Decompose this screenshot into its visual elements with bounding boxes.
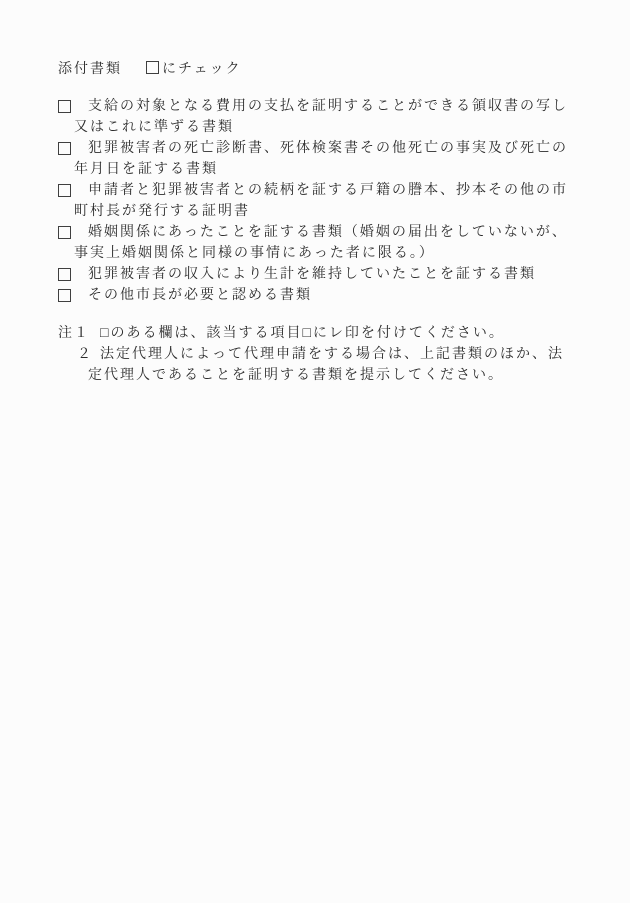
note-2-continuation: 定代理人であることを証明する書類を提示してください。 [88, 365, 580, 386]
attachment-item-marital-relation: 婚姻関係にあったことを証する書類（婚姻の届出をしていないが、 事実上婚姻関係と同… [58, 222, 580, 264]
checkbox-icon [146, 61, 159, 74]
note-2: ２法定代理人によって代理申請をする場合は、上記書類のほか、法 [58, 344, 580, 365]
note-text: □のある欄は、該当する項目□にレ印を付けてください。 [100, 326, 505, 341]
item-text-line: 婚姻関係にあったことを証する書類（婚姻の届出をしていないが、 [88, 222, 580, 243]
attachment-item-receipt: 支給の対象となる費用の支払を証明することができる領収書の写し 又はこれに準ずる書… [58, 96, 580, 138]
section-title: 添付書類 [58, 62, 122, 77]
item-checkbox[interactable] [58, 268, 71, 281]
item-checkbox[interactable] [58, 142, 71, 155]
item-text-line: 事実上婚姻関係と同様の事情にあった者に限る。） [74, 243, 580, 264]
document-content: 添付書類にチェック 支給の対象となる費用の支払を証明することができる領収書の写し… [0, 0, 630, 386]
note-marker: 注１ [58, 323, 100, 344]
note-marker: ２ [58, 344, 100, 365]
item-text-line: 犯罪被害者の収入により生計を維持していたことを証する書類 [88, 264, 580, 285]
item-checkbox[interactable] [58, 226, 71, 239]
item-checkbox[interactable] [58, 184, 71, 197]
item-checkbox[interactable] [58, 100, 71, 113]
item-text-line: 町村長が発行する証明書 [74, 201, 580, 222]
item-text-line: 支給の対象となる費用の支払を証明することができる領収書の写し [88, 96, 580, 117]
note-1: 注１□のある欄は、該当する項目□にレ印を付けてください。 [58, 323, 580, 344]
attachment-item-family-register: 申請者と犯罪被害者との続柄を証する戸籍の謄本、抄本その他の市 町村長が発行する証… [58, 180, 580, 222]
notes-section: 注１□のある欄は、該当する項目□にレ印を付けてください。 ２法定代理人によって代… [58, 323, 580, 386]
item-text-line: 犯罪被害者の死亡診断書、死体検案書その他死亡の事実及び死亡の [88, 138, 580, 159]
document-page: 添付書類にチェック 支給の対象となる費用の支払を証明することができる領収書の写し… [0, 0, 630, 903]
item-text-line: その他市長が必要と認める書類 [88, 285, 580, 306]
item-text-line: 申請者と犯罪被害者との続柄を証する戸籍の謄本、抄本その他の市 [88, 180, 580, 201]
attachment-item-other: その他市長が必要と認める書類 [58, 285, 580, 306]
note-text: 法定代理人によって代理申請をする場合は、上記書類のほか、法 [100, 347, 564, 362]
attachment-item-livelihood: 犯罪被害者の収入により生計を維持していたことを証する書類 [58, 264, 580, 285]
attachment-documents-header: 添付書類にチェック [58, 59, 580, 80]
attachment-items-list: 支給の対象となる費用の支払を証明することができる領収書の写し 又はこれに準ずる書… [58, 96, 580, 306]
item-checkbox[interactable] [58, 289, 71, 302]
item-text-line: 又はこれに準ずる書類 [74, 117, 580, 138]
item-text-line: 年月日を証する書類 [74, 159, 580, 180]
attachment-item-death-certificate: 犯罪被害者の死亡診断書、死体検案書その他死亡の事実及び死亡の 年月日を証する書類 [58, 138, 580, 180]
checkbox-hint: にチェック [162, 62, 242, 77]
